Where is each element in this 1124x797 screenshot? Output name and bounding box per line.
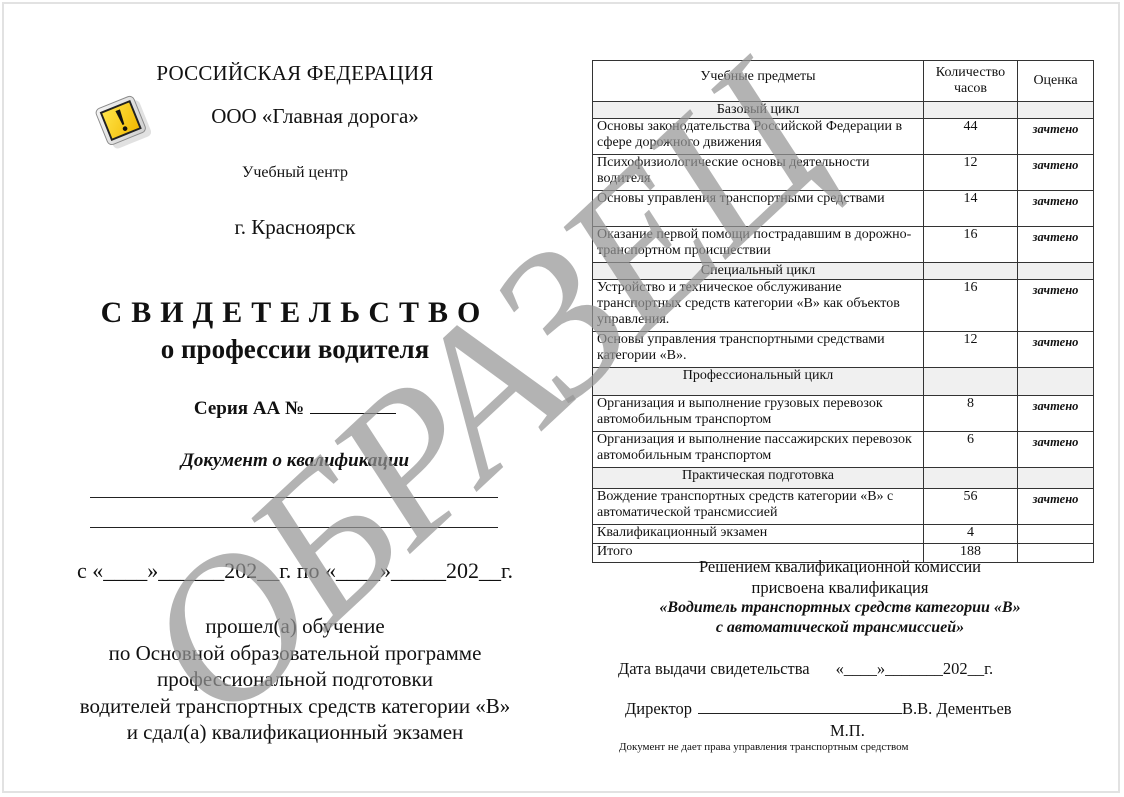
table-header-row: Учебные предметы Количество часов Оценка <box>593 61 1094 102</box>
subject-cell: Оказание первой помощи пострадавшим в до… <box>593 227 924 263</box>
table-body: Базовый циклОсновы законодательства Росс… <box>593 102 1094 563</box>
body-line: и сдал(а) квалификационный экзамен <box>40 719 550 746</box>
hours-cell: 12 <box>924 155 1018 191</box>
series-label: Серия АА № <box>194 398 304 419</box>
certificate-title: СВИДЕТЕЛЬСТВО <box>40 296 550 330</box>
cycle-header-row: Базовый цикл <box>593 102 1094 119</box>
grade-cell: зачтено <box>1018 332 1094 368</box>
disclaimer-note: Документ не дает права управления трансп… <box>619 741 908 753</box>
subjects-table: Учебные предметы Количество часов Оценка… <box>592 60 1094 563</box>
series-number-blank <box>310 396 396 414</box>
cycle-hours-cell <box>924 368 1018 396</box>
issue-date-value: «____»_______202__г. <box>836 659 994 678</box>
hours-cell: 16 <box>924 280 1018 332</box>
subject-cell: Психофизиологические основы деятельности… <box>593 155 924 191</box>
subject-cell: Основы управления транспортными средства… <box>593 332 924 368</box>
city-label: г. Красноярск <box>40 215 550 240</box>
grade-cell: зачтено <box>1018 280 1094 332</box>
cycle-hours-cell <box>924 468 1018 489</box>
subject-cell: Вождение транспортных средств категории … <box>593 489 924 525</box>
table-row: Оказание первой помощи пострадавшим в до… <box>593 227 1094 263</box>
training-center-label: Учебный центр <box>40 164 550 182</box>
signature-line <box>698 699 902 714</box>
cycle-header-row: Практическая подготовка <box>593 468 1094 489</box>
column-header-hours: Количество часов <box>924 61 1018 102</box>
table-row: Основы законодательства Российской Федер… <box>593 119 1094 155</box>
training-period: с «____»______202__г. по «____»_____202_… <box>40 558 550 584</box>
cycle-hours-cell <box>924 263 1018 280</box>
grade-cell: зачтено <box>1018 432 1094 468</box>
body-line: по Основной образовательной программе <box>40 640 550 667</box>
subject-cell: Основы управления транспортными средства… <box>593 191 924 227</box>
cycle-grade-cell <box>1018 468 1094 489</box>
certificate-cover-page: РОССИЙСКАЯ ФЕДЕРАЦИЯ ООО «Главная дорога… <box>40 0 550 797</box>
body-line: водителей транспортных средств категории… <box>40 693 550 720</box>
subject-cell: Устройство и техническое обслуживание тр… <box>593 280 924 332</box>
grade-cell: зачтено <box>1018 396 1094 432</box>
qualification-name-line-1: «Водитель транспортных средств категории… <box>600 599 1080 617</box>
cycle-grade-cell <box>1018 368 1094 396</box>
hours-cell: 44 <box>924 119 1018 155</box>
cycle-name: Базовый цикл <box>593 102 924 119</box>
director-name: В.В. Дементьев <box>902 699 1012 718</box>
director-signature-field: ДиректорВ.В. Дементьев <box>625 699 1012 719</box>
qualification-document-label: Документ о квалификации <box>40 450 550 472</box>
body-line: прошел(а) обучение <box>40 613 550 640</box>
subject-cell: Организация и выполнение грузовых перево… <box>593 396 924 432</box>
hours-cell: 14 <box>924 191 1018 227</box>
hours-cell: 56 <box>924 489 1018 525</box>
issue-date-label: Дата выдачи свидетельства <box>618 659 810 678</box>
column-header-grade: Оценка <box>1018 61 1094 102</box>
series-field: Серия АА № <box>40 396 550 420</box>
qualification-name-line-2: с автоматической трансмиссией» <box>600 619 1080 637</box>
cycle-name: Практическая подготовка <box>593 468 924 489</box>
table-row: Основы управления транспортными средства… <box>593 332 1094 368</box>
training-description: прошел(а) обучение по Основной образоват… <box>40 613 550 746</box>
grade-cell: зачтено <box>1018 191 1094 227</box>
director-label: Директор <box>625 699 692 718</box>
subject-cell: Организация и выполнение пассажирских пе… <box>593 432 924 468</box>
name-blank-line-2 <box>90 527 498 528</box>
table-row: Квалификационный экзамен4 <box>593 525 1094 544</box>
hours-cell: 16 <box>924 227 1018 263</box>
name-blank-line-1 <box>90 497 498 498</box>
subject-cell: Основы законодательства Российской Федер… <box>593 119 924 155</box>
hours-cell: 6 <box>924 432 1018 468</box>
grade-cell: зачтено <box>1018 155 1094 191</box>
table-row: Психофизиологические основы деятельности… <box>593 155 1094 191</box>
cycle-name: Профессиональный цикл <box>593 368 924 396</box>
commission-decision-line-1: Решением квалификационной комиссии <box>600 557 1080 577</box>
table-row: Организация и выполнение грузовых перево… <box>593 396 1094 432</box>
subject-cell: Квалификационный экзамен <box>593 525 924 544</box>
stamp-label: М.П. <box>830 721 865 741</box>
grade-cell: зачтено <box>1018 489 1094 525</box>
hours-cell: 4 <box>924 525 1018 544</box>
issue-date-field: Дата выдачи свидетельства«____»_______20… <box>618 659 993 679</box>
cycle-grade-cell <box>1018 263 1094 280</box>
organization-name: ООО «Главная дорога» <box>211 104 419 128</box>
cycle-grade-cell <box>1018 102 1094 119</box>
column-header-subject: Учебные предметы <box>593 61 924 102</box>
grade-cell: зачтено <box>1018 227 1094 263</box>
grade-cell: зачтено <box>1018 119 1094 155</box>
cycle-header-row: Специальный цикл <box>593 263 1094 280</box>
grade-cell <box>1018 525 1094 544</box>
cycle-header-row: Профессиональный цикл <box>593 368 1094 396</box>
hours-cell: 8 <box>924 396 1018 432</box>
certificate-subtitle: о профессии водителя <box>40 334 550 365</box>
table-row: Устройство и техническое обслуживание тр… <box>593 280 1094 332</box>
cycle-name: Специальный цикл <box>593 263 924 280</box>
country-heading: РОССИЙСКАЯ ФЕДЕРАЦИЯ <box>40 61 550 86</box>
table-row: Вождение транспортных средств категории … <box>593 489 1094 525</box>
hours-cell: 12 <box>924 332 1018 368</box>
body-line: профессиональной подготовки <box>40 666 550 693</box>
organization-name-row: ООО «Главная дорога» <box>40 104 550 129</box>
table-row: Организация и выполнение пассажирских пе… <box>593 432 1094 468</box>
cycle-hours-cell <box>924 102 1018 119</box>
table-row: Основы управления транспортными средства… <box>593 191 1094 227</box>
commission-decision-line-2: присвоена квалификация <box>600 578 1080 598</box>
